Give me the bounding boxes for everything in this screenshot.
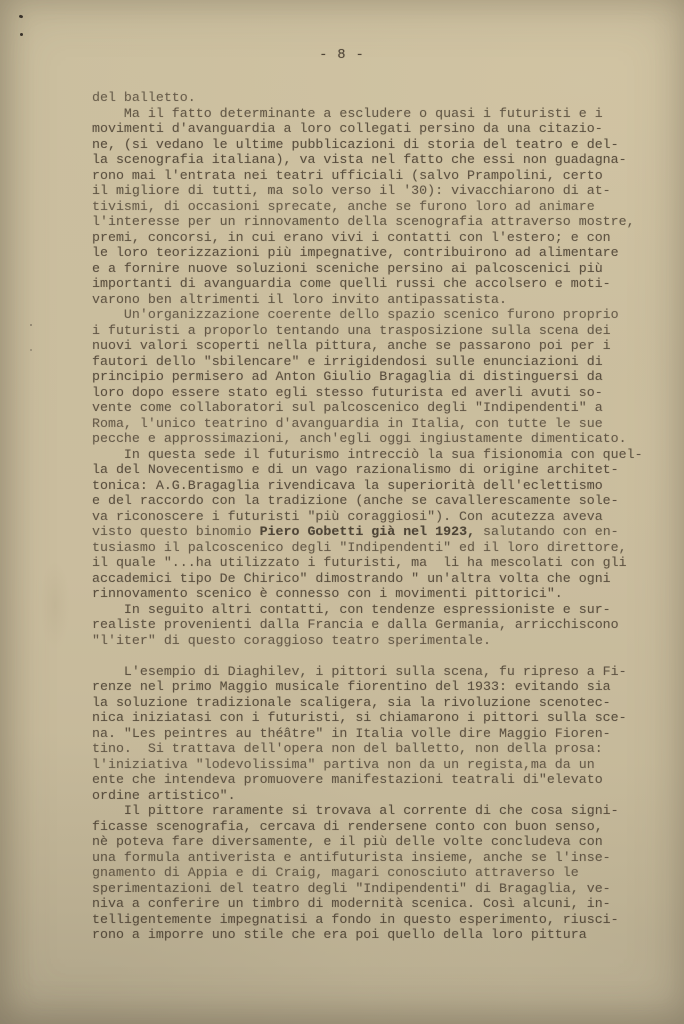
margin-dot — [30, 349, 32, 351]
text-line: tonica: A.G.Bragaglia rivendicava la sup… — [92, 478, 652, 494]
ink-speck — [20, 33, 23, 36]
page-number: - 8 - — [0, 48, 684, 63]
text-line: il migliore di tutti, ma solo verso il '… — [92, 183, 652, 199]
text-line: Il pittore raramente si trovava al corre… — [92, 803, 652, 819]
text-line: il quale "...ha utilizzato i futuristi, … — [92, 555, 652, 571]
text-line: del balletto. — [92, 90, 652, 106]
text-line: tivismi, di occasioni sprecate, anche se… — [92, 199, 652, 215]
text-line: fautori dello "sbilencare" e irrigidendo… — [92, 354, 652, 370]
text-line: movimenti d'avanguardia a loro collegati… — [92, 121, 652, 137]
text-line: nica iniziatasi con i futuristi, si chia… — [92, 710, 652, 726]
text-line: principio permisero ad Anton Giulio Brag… — [92, 369, 652, 385]
text-line: rono mai l'entrata nei teatri ufficiali … — [92, 168, 652, 184]
text-line: gnamento di Appia e di Craig, magari con… — [92, 865, 652, 881]
text-line: nuovi valori scoperti nella pittura, anc… — [92, 338, 652, 354]
text-line: In questa sede il futurismo intrecciò la… — [92, 447, 652, 463]
text-line: accademici tipo De Chirico" dimostrando … — [92, 571, 652, 587]
text-line: Ma il fatto determinante a escludere o q… — [92, 106, 652, 122]
text-line: va riconoscere i futuristi "più coraggio… — [92, 509, 652, 525]
text-line: una formula antiverista e antifuturista … — [92, 850, 652, 866]
text-line: varono ben altrimenti il loro invito ant… — [92, 292, 652, 308]
paper-stain — [40, 560, 70, 650]
text-line: e a fornire nuove soluzioni sceniche per… — [92, 261, 652, 277]
text-line: Un'organizzazione coerente dello spazio … — [92, 307, 652, 323]
text-line: telligentemente impegnatisi a fondo in q… — [92, 912, 652, 928]
text-line: tino. Si trattava dell'opera non del bal… — [92, 741, 652, 757]
typescript-page: - 8 - del balletto. Ma il fatto determin… — [0, 0, 684, 1024]
text-line: la soluzione tradizionale scaligera, sia… — [92, 695, 652, 711]
text-lines: del balletto. Ma il fatto determinante a… — [92, 90, 652, 943]
margin-dot — [30, 324, 32, 326]
text-line: "l'iter" di questo coraggioso teatro spe… — [92, 633, 652, 649]
text-line: rono a imporre uno stile che era poi que… — [92, 927, 652, 943]
text-line: renze nel primo Maggio musicale fiorenti… — [92, 679, 652, 695]
text-line: ente che intendeva promuovere manifestaz… — [92, 772, 652, 788]
text-line: sperimentazioni del teatro degli "Indipe… — [92, 881, 652, 897]
text-line: l'iniziativa "lodevolissima" partiva non… — [92, 757, 652, 773]
text-line: loro dopo essere stato egli stesso futur… — [92, 385, 652, 401]
text-line: Roma, l'unico teatrino d'avanguardia in … — [92, 416, 652, 432]
text-line: ordine artistico". — [92, 788, 652, 804]
text-line: ficasse scenografia, cercava di renderse… — [92, 819, 652, 835]
text-line: la scenografia italiana), va vista nel f… — [92, 152, 652, 168]
text-line: nè poteva fare diversamente, e il più de… — [92, 834, 652, 850]
text-line — [92, 648, 652, 664]
text-line: premi, concorsi, in cui erano vivi i con… — [92, 230, 652, 246]
text-line: la del Novecentismo e di un vago raziona… — [92, 462, 652, 478]
text-line: realiste provenienti dalla Francia e dal… — [92, 617, 652, 633]
text-line: visto questo binomio Piero Gobetti già n… — [92, 524, 652, 540]
text-line: i futuristi a proporlo tentando una tras… — [92, 323, 652, 339]
text-line: L'esempio di Diaghilev, i pittori sulla … — [92, 664, 652, 680]
text-line: tusiasmo il palcoscenico degli "Indipend… — [92, 540, 652, 556]
text-line: na. "Les peintres au théâtre" in Italia … — [92, 726, 652, 742]
text-line: l'interesse per un rinnovamento della sc… — [92, 214, 652, 230]
text-line: ne, (si vedano le ultime pubblicazioni d… — [92, 137, 652, 153]
text-line: importanti di avanguardia come quelli ru… — [92, 276, 652, 292]
text-line: pecche e approssimazioni, anch'egli oggi… — [92, 431, 652, 447]
text-line: le loro teorizzazioni più impegnative, c… — [92, 245, 652, 261]
text-line: e del raccordo con la tradizione (anche … — [92, 493, 652, 509]
text-line: In seguito altri contatti, con tendenze … — [92, 602, 652, 618]
ink-speck — [19, 14, 24, 18]
text-line: niva a conferire un timbro di modernità … — [92, 896, 652, 912]
text-line: rinnovamento scenico è connesso con i mo… — [92, 586, 652, 602]
text-line: vente come collaboratori sul palcoscenic… — [92, 400, 652, 416]
